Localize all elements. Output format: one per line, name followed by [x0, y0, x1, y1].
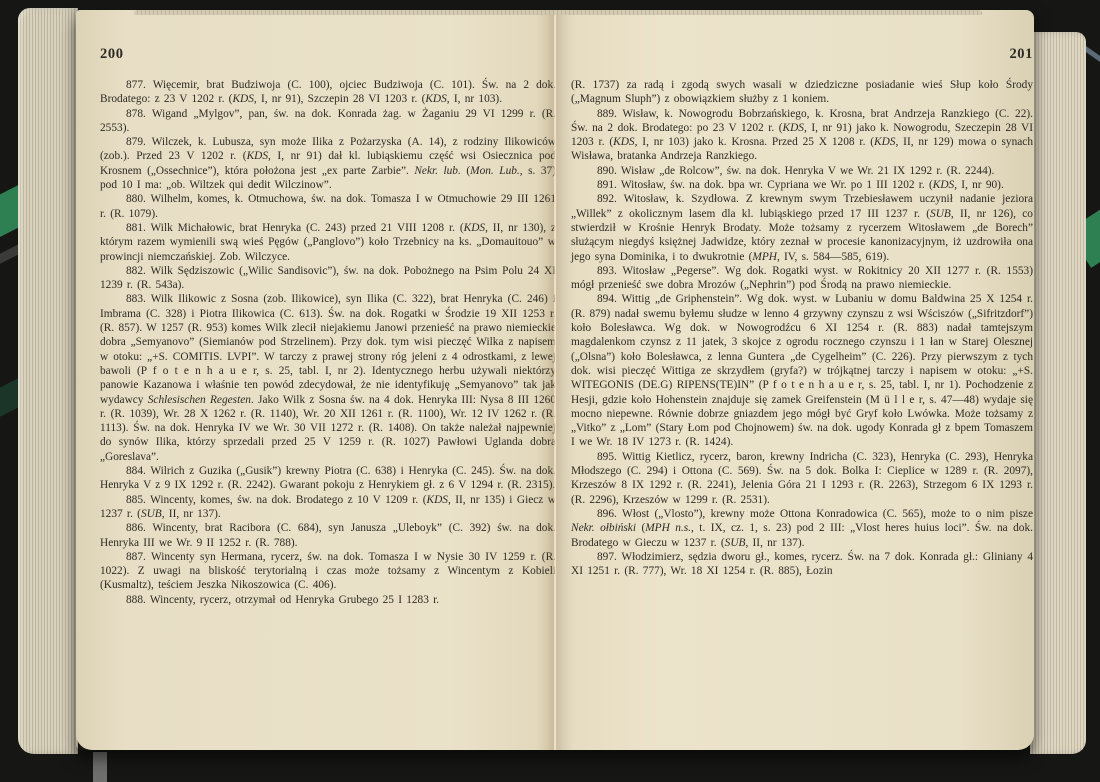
dictionary-entry: 881. Wilk Michałowic, brat Henryka (C. 2…	[100, 221, 556, 264]
dictionary-entry: 897. Włodzimierz, sędzia dworu gł., kome…	[571, 550, 1033, 579]
left-entries: 877. Więcemir, brat Budziwoja (C. 100), …	[100, 78, 556, 607]
dictionary-entry: 886. Wincenty, brat Racibora (C. 684), s…	[100, 521, 556, 550]
dictionary-entry: 891. Witosław, św. na dok. bpa wr. Cypri…	[571, 178, 1033, 192]
page-stack-edge-right	[1030, 32, 1086, 754]
page-200-text-column: 200 877. Więcemir, brat Budziwoja (C. 10…	[100, 46, 556, 607]
page-spread: 200 877. Więcemir, brat Budziwoja (C. 10…	[76, 10, 1034, 750]
dictionary-entry: 896. Włost („Vlosto”), krewny może Otton…	[571, 507, 1033, 550]
right-entries: (R. 1737) za radą i zgodą swych wasali w…	[571, 78, 1033, 578]
dictionary-entry: 883. Wilk Ilikowic z Sosna (zob. Ilikowi…	[100, 292, 556, 464]
dictionary-entry: 889. Wisław, k. Nowogrodu Bobrzańskiego,…	[571, 107, 1033, 164]
dictionary-entry: 882. Wilk Sędziszowic („Wilic Sandisovic…	[100, 264, 556, 293]
dictionary-entry: 878. Wigand „Mylgov”, pan, św. na dok. K…	[100, 107, 556, 136]
page-201: 201 (R. 1737) za radą i zgodą swych wasa…	[555, 10, 1034, 750]
dictionary-entry: 885. Wincenty, komes, św. na dok. Brodat…	[100, 493, 556, 522]
dictionary-entry: 879. Wilczek, k. Lubusza, syn może Ilika…	[100, 135, 556, 192]
dictionary-entry: 892. Witosław, k. Szydłowa. Z krewnym sw…	[571, 192, 1033, 263]
dictionary-entry: 894. Wittig „de Griphenstein”. Wg dok. w…	[571, 292, 1033, 449]
dictionary-entry: 880. Wilhelm, komes, k. Otmuchowa, św. n…	[100, 192, 556, 221]
dictionary-entry: 890. Wisław „de Rolcow”, św. na dok. Hen…	[571, 164, 1033, 178]
page-number-right: 201	[571, 46, 1033, 63]
dictionary-entry: 895. Wittig Kietlicz, rycerz, baron, kre…	[571, 450, 1033, 507]
dictionary-entry: 884. Wilrich z Guzika („Gusik”) krewny P…	[100, 464, 556, 493]
page-200: 200 877. Więcemir, brat Budziwoja (C. 10…	[76, 10, 555, 750]
page-stack-edge-top	[134, 10, 982, 15]
page-201-text-column: 201 (R. 1737) za radą i zgodą swych wasa…	[571, 46, 1033, 578]
open-book: 200 877. Więcemir, brat Budziwoja (C. 10…	[18, 8, 1086, 758]
dictionary-entry: 887. Wincenty syn Hermana, rycerz, św. n…	[100, 550, 556, 593]
dictionary-entry: 877. Więcemir, brat Budziwoja (C. 100), …	[100, 78, 556, 107]
page-number-left: 200	[100, 46, 556, 63]
photo-background: 200 877. Więcemir, brat Budziwoja (C. 10…	[0, 0, 1100, 782]
dictionary-entry: 888. Wincenty, rycerz, otrzymał od Henry…	[100, 593, 556, 607]
dictionary-entry: 893. Witosław „Pegerse”. Wg dok. Rogatki…	[571, 264, 1033, 293]
page-stack-edge-left	[18, 8, 78, 754]
dictionary-entry: (R. 1737) za radą i zgodą swych wasali w…	[571, 78, 1033, 107]
